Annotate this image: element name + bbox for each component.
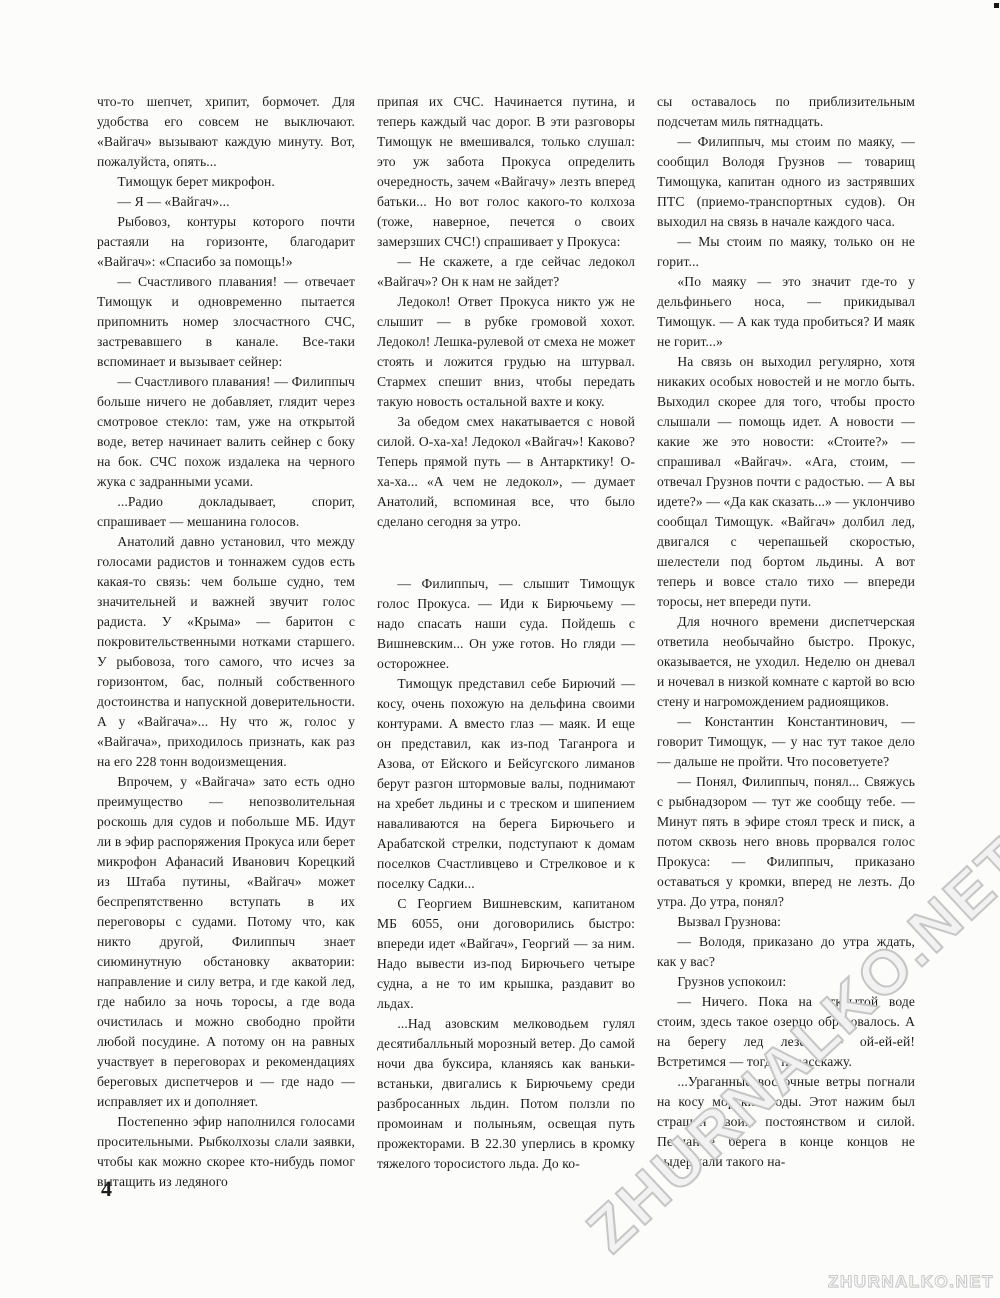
paragraph: «По маяку — это значит где-то у дельфинь… — [657, 272, 915, 352]
text-column-2: припая их СЧС. Начинается путина, и тепе… — [377, 92, 635, 1192]
paragraph: Вызвал Грузнова: — [657, 912, 915, 932]
scanned-magazine-page: что-то шепчет, хрипит, бормочет. Для удо… — [0, 0, 1000, 1298]
paragraph: — Понял, Филиппыч, понял... Свяжусь с ры… — [657, 772, 915, 912]
paragraph: — Ничего. Пока на открытой воде стоим, з… — [657, 992, 915, 1072]
paragraph: За обедом смех накатывается с новой сило… — [377, 412, 635, 532]
paragraph: Тимощук берет микрофон. — [97, 172, 355, 192]
paragraph: Для ночного времени диспетчерская ответи… — [657, 612, 915, 712]
paragraph: На связь он выходил регулярно, хотя ника… — [657, 352, 915, 612]
paragraph: — Филиппыч, мы стоим по маяку, — сообщил… — [657, 132, 915, 232]
paragraph: — Я — «Вайгач»... — [97, 192, 355, 212]
paragraph: Постепенно эфир наполнился голосами прос… — [97, 1112, 355, 1192]
paragraph: сы оставалось по приблизительным подсчет… — [657, 92, 915, 132]
paragraph: Рыбовоз, контуры которого почти растаяли… — [97, 212, 355, 272]
paragraph: ...Ураганные восточные ветры погнали на … — [657, 1072, 915, 1172]
paragraph: Анатолий давно установил, что между голо… — [97, 532, 355, 772]
paragraph: Впрочем, у «Вайгача» зато есть одно преи… — [97, 772, 355, 1112]
paragraph: — Не скажете, а где сейчас ледокол «Вайг… — [377, 252, 635, 292]
text-column-1: что-то шепчет, хрипит, бормочет. Для удо… — [97, 92, 355, 1192]
paragraph: Ледокол! Ответ Прокуса никто уж не слыши… — [377, 292, 635, 412]
paragraph: припая их СЧС. Начинается путина, и тепе… — [377, 92, 635, 252]
paragraph: — Счастливого плавания! — отвечает Тимощ… — [97, 272, 355, 372]
scan-artifact-dot — [994, 3, 999, 8]
text-column-3: сы оставалось по приблизительным подсчет… — [657, 92, 915, 1192]
paragraph: — Филиппыч, — слышит Тимощук голос Проку… — [377, 574, 635, 674]
paragraph: Тимощук представил себе Бирючий — косу, … — [377, 674, 635, 894]
paragraph: — Володя, приказано до утра ждать, как у… — [657, 932, 915, 972]
paragraph: — Счастливого плавания! — Филиппыч больш… — [97, 372, 355, 492]
paragraph: — Константин Константинович, — говорит Т… — [657, 712, 915, 772]
paragraph: Грузнов успокоил: — [657, 972, 915, 992]
paragraph: ...Над азовским мелководьем гулял десяти… — [377, 1014, 635, 1174]
paragraph: что-то шепчет, хрипит, бормочет. Для удо… — [97, 92, 355, 172]
paragraph: — Мы стоим по маяку, только он не горит.… — [657, 232, 915, 272]
paragraph: ...Радио докладывает, спорит, спрашивает… — [97, 492, 355, 532]
paragraph: С Георгием Вишневским, капитаном МБ 6055… — [377, 894, 635, 1014]
page-number: 4 — [101, 1176, 112, 1202]
watermark-corner: ZHURNALKO.NET — [828, 1272, 994, 1292]
